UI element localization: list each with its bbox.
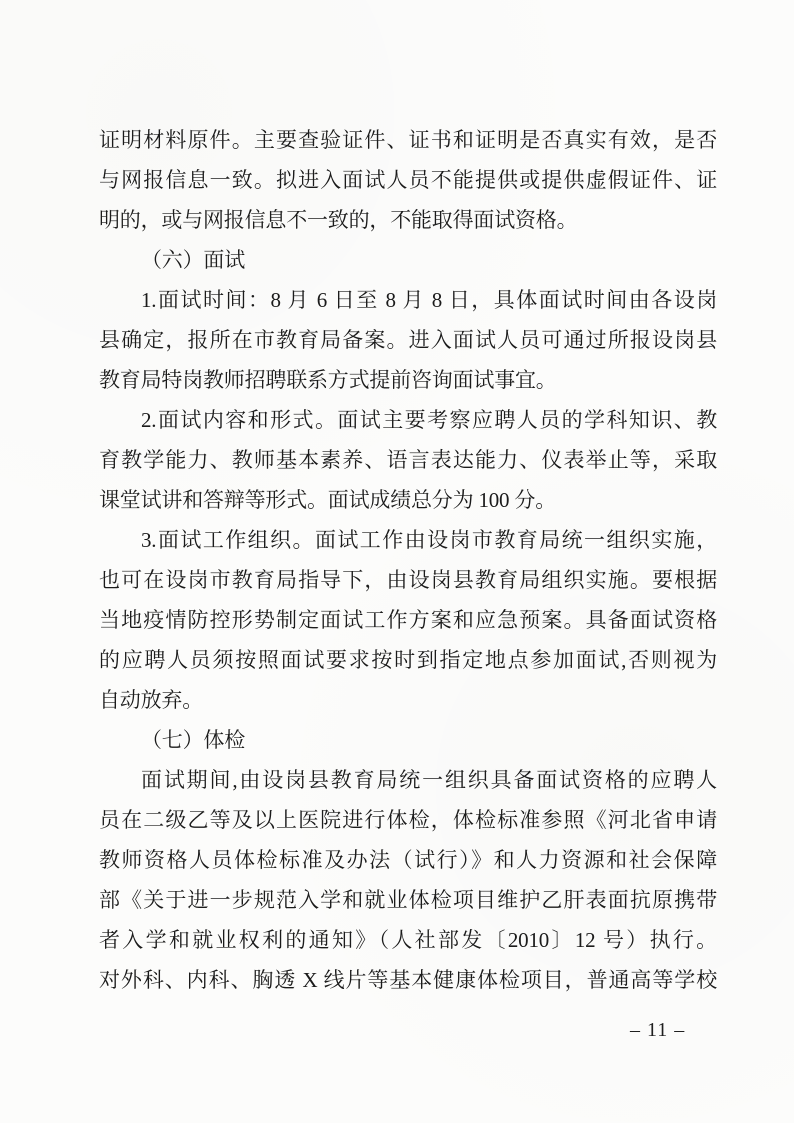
text-line: 1.面试时间：8 月 6 日至 8 月 8 日，具体面试时间由各设岗 — [99, 280, 717, 320]
page-number: – 11 – — [630, 1012, 685, 1048]
text-line: 对外科、内科、胸透 X 线片等基本健康体检项目，普通高等学校 — [99, 960, 717, 1000]
text-line: 自动放弃。 — [99, 680, 717, 720]
text-line: 证明材料原件。主要查验证件、证书和证明是否真实有效，是否 — [99, 120, 717, 160]
text-line: 部《关于进一步规范入学和就业体检项目维护乙肝表面抗原携带 — [99, 880, 717, 920]
text-line: 与网报信息一致。拟进入面试人员不能提供或提供虚假证件、证 — [99, 160, 717, 200]
text-line: 教师资格人员体检标准及办法（试行）》和人力资源和社会保障 — [99, 840, 717, 880]
document-body: 证明材料原件。主要查验证件、证书和证明是否真实有效，是否 与网报信息一致。拟进入… — [99, 120, 717, 1000]
document-page: 证明材料原件。主要查验证件、证书和证明是否真实有效，是否 与网报信息一致。拟进入… — [0, 0, 794, 1123]
text-line: 教育局特岗教师招聘联系方式提前咨询面试事宜。 — [99, 360, 717, 400]
text-line: 明的，或与网报信息不一致的，不能取得面试资格。 — [99, 200, 717, 240]
text-line: 县确定，报所在市教育局备案。进入面试人员可通过所报设岗县 — [99, 320, 717, 360]
text-line: 者入学和就业权利的通知》（人社部发〔2010〕12 号）执行。 — [99, 920, 717, 960]
text-line: 员在二级乙等及以上医院进行体检，体检标准参照《河北省申请 — [99, 800, 717, 840]
text-line: 的应聘人员须按照面试要求按时到指定地点参加面试,否则视为 — [99, 640, 717, 680]
text-line: 也可在设岗市教育局指导下，由设岗县教育局组织实施。要根据 — [99, 560, 717, 600]
text-line: 2.面试内容和形式。面试主要考察应聘人员的学科知识、教 — [99, 400, 717, 440]
text-line: 课堂试讲和答辩等形式。面试成绩总分为 100 分。 — [99, 480, 717, 520]
text-line: 当地疫情防控形势制定面试工作方案和应急预案。具备面试资格 — [99, 600, 717, 640]
text-line: 3.面试工作组织。面试工作由设岗市教育局统一组织实施， — [99, 520, 717, 560]
text-line: 面试期间,由设岗县教育局统一组织具备面试资格的应聘人 — [99, 760, 717, 800]
text-line: 育教学能力、教师基本素养、语言表达能力、仪表举止等，采取 — [99, 440, 717, 480]
section-heading-physical-exam: （七）体检 — [99, 720, 717, 760]
section-heading-interview: （六）面试 — [99, 240, 717, 280]
